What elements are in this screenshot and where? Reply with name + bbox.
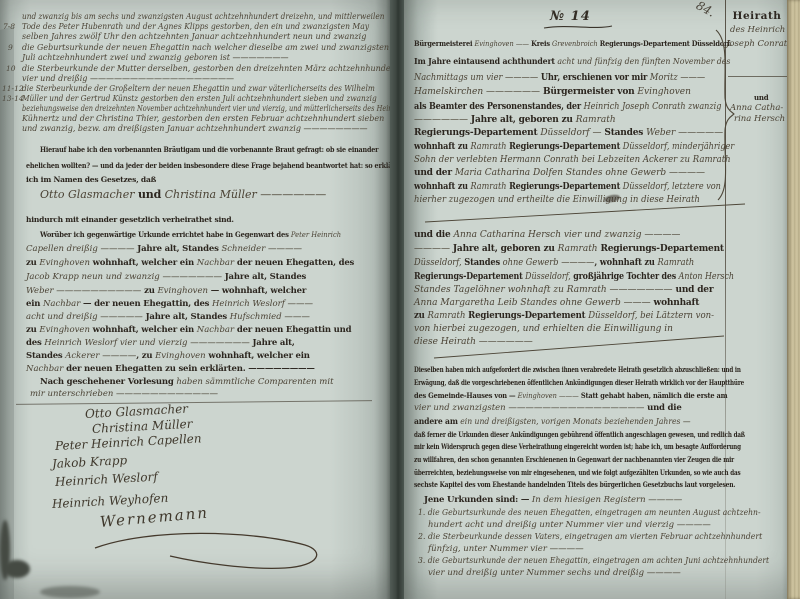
text-segment: ohne Gewerb ————: [503, 258, 595, 268]
text-line: 13-14: [2, 95, 24, 103]
left-edge-shadow: [0, 26, 14, 599]
text-segment: Jahre alt, geboren zu: [468, 115, 576, 125]
text-segment: Christina Müller ——————: [161, 188, 326, 201]
text-segment: hindurch mit einander gesetzlich verheir…: [26, 215, 234, 224]
text-segment: die Geburtsurkunde der neuen Ehegattin n…: [22, 43, 389, 52]
text-line: vier und dreißig ——————————————————: [22, 75, 234, 83]
text-line: Heinrich Weslorf: [55, 471, 158, 488]
text-line: selben Jahres zwölf Uhr den achtzehnten …: [22, 33, 366, 41]
text-segment: Moritz ———: [650, 73, 705, 83]
text-segment: ————: [414, 244, 453, 254]
text-segment: Anton Hersch: [679, 272, 734, 282]
text-line: Joseph Conrath: [726, 40, 793, 49]
text-segment: Düsseldorf,: [525, 272, 573, 282]
text-line: und zwanzig, bezw. am dreißigsten Januar…: [22, 125, 368, 133]
text-segment: rina Hersch: [734, 114, 785, 124]
text-segment: der neuen Ehegatten zu sein erklärten. —…: [63, 364, 314, 374]
text-segment: die Sterbeurkunde der Mutter derselben, …: [22, 64, 390, 73]
text-segment: acht und dreißig —————: [26, 312, 143, 322]
text-segment: Regierungs-Departement Düsseldorf.: [600, 39, 732, 48]
text-line: des Heinrich Weslorf vier und vierzig ——…: [26, 339, 295, 348]
text-segment: Heinrich Weslorf: [55, 470, 158, 489]
text-segment: Jahre alt, geboren zu: [453, 244, 558, 254]
text-segment: fünfzig, unter Nummer vier ————: [428, 544, 584, 554]
text-line: Nachbar der neuen Ehegatten zu sein erkl…: [26, 365, 315, 374]
text-line: Bürgermeisterei Evinghoven —— Kreis Grev…: [414, 40, 732, 48]
text-segment: Evinghoven: [155, 351, 206, 361]
text-segment: sechste Kapitel des vom Ehestande handel…: [414, 480, 735, 489]
text-line: vier und zwanzigsten ———————————————— un…: [414, 404, 682, 413]
text-segment: des: [26, 338, 44, 348]
margin-divider-line: [728, 76, 790, 77]
text-segment: Joseph Conrath: [726, 39, 793, 49]
text-line: Weber —————————— zu Evinghoven — wohnhaf…: [26, 287, 306, 296]
text-line: die Geburtsurkunde der neuen Ehegattin n…: [22, 44, 389, 52]
text-segment: Worüber ich gegenwärtige Urkunde erricht…: [40, 230, 291, 239]
text-segment: Capellen dreißig ————: [26, 244, 134, 254]
text-line: und zwanzig bis am sechs und zwanzigsten…: [22, 13, 384, 21]
text-segment: Jakob Krapp: [52, 453, 128, 471]
text-segment: Erwägung, daß die vorgeschriebenen öffen…: [414, 378, 744, 387]
text-segment: diese Heirath ——————: [414, 337, 533, 347]
text-line: 11-12: [2, 85, 24, 93]
text-segment: und zwanzig, bezw. am dreißigsten Januar…: [22, 124, 368, 133]
text-segment: 1.: [418, 508, 428, 518]
text-segment: Hierauf habe ich den vorbenannten Bräuti…: [40, 145, 378, 154]
text-segment: und der: [673, 285, 714, 295]
text-segment: Jacob Krapp neun und zwanzig ———————: [26, 272, 222, 282]
text-segment: Heinrich Joseph Conrath zwanzig: [584, 102, 722, 112]
corner-stain-3: [40, 586, 100, 598]
text-segment: zu: [414, 311, 427, 321]
text-line: andere am ein und dreißigsten, vorigen M…: [414, 418, 691, 427]
text-line: Standes Tagelöhner wohnhaft zu Ramrath —…: [414, 286, 713, 295]
text-line: 3. die Geburtsurkunde der neuen Ehegatti…: [418, 557, 769, 566]
text-line: wohnhaft zu Ramrath Regierungs-Departeme…: [414, 183, 721, 192]
text-line: diese Heirath ——————: [414, 338, 533, 347]
text-segment: Schneider ————: [221, 244, 302, 254]
text-line: mir unterschrieben ————————————: [30, 390, 218, 399]
text-segment: Im Jahre eintausend achthundert: [414, 57, 557, 67]
text-line: Hierauf habe ich den vorbenannten Bräuti…: [40, 146, 378, 154]
text-segment: Jene Urkunden sind: —: [424, 495, 532, 505]
text-segment: , zu: [136, 351, 155, 361]
text-line: Jakob Krapp: [52, 454, 128, 470]
text-line: Hamelskirchen —————— Bürgermeister von E…: [414, 88, 691, 97]
text-segment: vier und zwanzigsten ————————————————: [414, 403, 644, 413]
text-segment: Maria Catharina Dolfen Standes ohne Gewe…: [455, 168, 705, 178]
text-segment: Evinghoven: [39, 325, 90, 335]
text-segment: zu: [26, 325, 39, 335]
text-segment: Nachbar: [197, 258, 234, 268]
text-line: von hierbei zugezogen, und erhielten die…: [414, 325, 673, 334]
text-segment: Jahre alt, Standes: [143, 312, 230, 322]
text-segment: 9: [8, 43, 13, 52]
text-line: ein Nachbar — der neuen Ehegattin, des H…: [26, 300, 313, 309]
text-segment: Nachbar: [197, 325, 234, 335]
text-segment: , wohnhaft zu: [594, 258, 657, 268]
text-segment: Heinrich Weslorf vier und vierzig ——————…: [44, 338, 249, 348]
text-segment: 10: [6, 64, 16, 73]
text-line: rina Hersch: [734, 115, 785, 124]
text-segment: Hufschmied ———: [230, 312, 310, 322]
text-segment: die Geburtsurkunde des neuen Ehegatten, …: [428, 508, 761, 518]
text-line: hundert acht und dreißig unter Nummer vi…: [428, 521, 711, 530]
text-line: sechste Kapitel des vom Ehestande handel…: [414, 481, 735, 489]
text-line: Anna Margaretha Leib Standes ohne Gewerb…: [414, 299, 699, 308]
text-segment: Düsseldorf —: [540, 128, 601, 138]
text-line: Nachmittags um vier ———— Uhr, erschienen…: [414, 74, 705, 83]
text-segment: wohnhaft, welcher ein: [90, 258, 197, 268]
text-segment: zu: [26, 258, 39, 268]
text-segment: Ackerer ————: [65, 351, 136, 361]
text-segment: wohnhaft, welcher ein: [90, 325, 197, 335]
text-segment: Regierungs-Departement: [600, 244, 723, 254]
text-line: beziehungsweise den dreizehnten November…: [22, 105, 390, 113]
text-line: Müller und der Gertrud Künstz gestorben …: [22, 95, 377, 103]
text-segment: Kühnertz und der Christina Thier, gestor…: [22, 114, 384, 123]
text-segment: als Beamter des Personenstandes, der: [414, 102, 584, 112]
text-segment: haben sämmtliche Comparenten mit: [176, 377, 333, 387]
text-line: Düsseldorf, Standes ohne Gewerb ————, wo…: [414, 259, 694, 268]
text-segment: Düsseldorf,: [414, 258, 464, 268]
text-segment: Ramrath: [558, 244, 601, 254]
record-number: № 14: [550, 9, 591, 24]
text-segment: des Heinrich: [730, 25, 785, 35]
corner-stain-2: [4, 560, 30, 578]
text-segment: Regierungs-Departement: [414, 272, 525, 282]
text-line: Im Jahre eintausend achthundert acht und…: [414, 58, 730, 67]
text-line: zu Evinghoven wohnhaft, welcher ein Nach…: [26, 259, 354, 268]
text-segment: Düsseldorf, letztere von: [623, 182, 721, 192]
text-segment: — der neuen Ehegattin, des: [80, 299, 212, 309]
margin-heading-heirath: Heirath: [726, 10, 788, 22]
text-segment: Bürgermeister von: [540, 87, 637, 97]
right-page: № 14 84. Heirath Bürgermeisterei Evingho…: [404, 0, 800, 599]
text-segment: der neuen Ehegattin und: [234, 325, 351, 335]
text-segment: Standes: [601, 128, 646, 138]
text-segment: Ramrath: [657, 258, 694, 268]
text-segment: und zwanzig bis am sechs und zwanzigsten…: [22, 12, 384, 21]
text-segment: wohnhaft: [651, 298, 700, 308]
text-segment: Evinghoven: [39, 258, 90, 268]
text-segment: und: [754, 93, 768, 102]
text-segment: Düsseldorf, minderjähriger: [623, 142, 734, 152]
text-segment: Anna Catharina Hersch vier und zwanzig —…: [454, 230, 681, 240]
text-line: Anna Catha-: [730, 104, 783, 113]
text-segment: zu: [141, 286, 157, 296]
text-line: Erwägung, daß die vorgeschriebenen öffen…: [414, 379, 744, 387]
text-segment: Hamelskirchen ——————: [414, 87, 540, 97]
text-segment: Nachmittags um vier ————: [414, 73, 538, 83]
text-segment: Anna Catha-: [730, 103, 783, 113]
text-segment: Jahre alt,: [250, 338, 295, 348]
text-segment: Evinghoven: [157, 286, 208, 296]
text-segment: wohnhaft zu: [414, 182, 470, 192]
text-segment: Jahre alt, Standes: [222, 272, 306, 282]
text-segment: der neuen Ehegatten, des: [234, 258, 354, 268]
blank-filler-stroke-1: [425, 204, 745, 222]
text-segment: Evinghoven ——: [474, 39, 529, 48]
text-segment: Anna Margaretha Leib Standes ohne Gewerb…: [414, 298, 651, 308]
text-segment: Jahre alt, Standes: [134, 244, 221, 254]
text-segment: Uhr, erschienen vor mir: [538, 73, 650, 83]
text-line: mir kein Widerspruch gegen diese Verheir…: [414, 443, 741, 451]
text-segment: Tode des Peter Hubenrath und der Agnes K…: [22, 22, 369, 31]
text-line: zu willfahren, den schon genannten Ersch…: [414, 456, 734, 464]
text-line: und: [754, 94, 768, 102]
text-segment: Nach geschehener Vorlesung: [40, 377, 176, 387]
text-line: Heinrich Weyhofen: [52, 492, 169, 510]
text-segment: Otto Glasmacher: [40, 188, 138, 201]
signature-divider-line: [16, 400, 372, 405]
text-segment: ——————: [414, 115, 468, 125]
text-segment: Evinghoven: [637, 87, 691, 97]
text-segment: die Geburtsurkunde der neuen Ehegattin, …: [428, 556, 769, 566]
text-segment: 2.: [418, 532, 428, 542]
text-segment: vier und dreißig unter Nummer sechs und …: [428, 568, 681, 578]
text-segment: Dieselben haben mich aufgefordert die zw…: [414, 365, 741, 374]
text-segment: Ramrath: [576, 115, 616, 125]
text-segment: und: [138, 188, 161, 201]
text-segment: daß ferner die Urkunden dieser Ankündigu…: [414, 430, 745, 439]
record-number-underline-flourish: [544, 26, 612, 28]
text-line: daß ferner die Urkunden dieser Ankündigu…: [414, 431, 745, 439]
text-line: Jacob Krapp neun und zwanzig ——————— Jah…: [26, 273, 306, 282]
text-line: Nach geschehener Vorlesung haben sämmtli…: [40, 378, 334, 387]
text-line: des Heinrich: [730, 26, 785, 35]
text-line: Standes Ackerer ————, zu Evinghoven wohn…: [26, 352, 310, 361]
text-line: Wernemann: [99, 506, 209, 530]
text-segment: Weber —————: [646, 128, 723, 138]
text-line: Regierungs-Departement Düsseldorf — Stan…: [414, 129, 723, 138]
text-line: Worüber ich gegenwärtige Urkunde erricht…: [40, 231, 341, 239]
text-segment: und der: [414, 168, 455, 178]
text-segment: von hierbei zugezogen, und erhielten die…: [414, 324, 673, 334]
text-line: acht und dreißig ————— Jahre alt, Stande…: [26, 313, 310, 322]
text-segment: Evinghoven ———: [518, 391, 579, 400]
text-segment: 11-12: [2, 84, 24, 93]
text-segment: wohnhaft zu: [414, 142, 470, 152]
text-segment: Ramrath: [470, 182, 506, 192]
text-segment: andere am: [414, 417, 460, 427]
text-line: Juli achtzehnhundert zwei und zwanzig ge…: [22, 54, 289, 62]
text-line: und der Maria Catharina Dolfen Standes o…: [414, 169, 705, 178]
text-line: 1. die Geburtsurkunde des neuen Ehegatte…: [418, 509, 761, 518]
text-segment: ich im Namen des Gesetzes, daß: [26, 175, 156, 184]
text-segment: mir unterschrieben ————————————: [30, 389, 218, 399]
text-line: ———— Jahre alt, geboren zu Ramrath Regie…: [414, 245, 724, 254]
text-segment: ehelichen wollten? — und da jeder der be…: [26, 161, 390, 170]
text-line: und die Anna Catharina Hersch vier und z…: [414, 231, 680, 240]
text-segment: Nachbar: [43, 299, 80, 309]
text-line: wohnhaft zu Ramrath Regierungs-Departeme…: [414, 143, 734, 152]
text-segment: — wohnhaft, welcher: [208, 286, 306, 296]
text-segment: beziehungsweise den dreizehnten November…: [22, 104, 390, 113]
book-spread: 7-891011-1213-14und zwanzig bis am sechs…: [0, 0, 800, 599]
text-line: Regierungs-Departement Düsseldorf, großj…: [414, 273, 734, 282]
text-segment: Nachbar: [26, 364, 63, 374]
text-segment: Peter Heinrich: [291, 230, 341, 239]
text-line: —————— Jahre alt, geboren zu Ramrath: [414, 116, 616, 125]
text-line: Dieselben haben mich aufgefordert die zw…: [414, 366, 741, 374]
text-segment: hundert acht und dreißig unter Nummer vi…: [428, 520, 711, 530]
text-line: 9: [8, 44, 13, 52]
text-line: 2. die Sterbeurkunde dessen Vaters, eing…: [418, 533, 762, 542]
text-segment: Müller und der Gertrud Künstz gestorben …: [22, 94, 377, 103]
text-line: Sohn der verlebten Hermann Conrath bei L…: [414, 156, 731, 165]
text-segment: zu willfahren, den schon genannten Ersch…: [414, 455, 734, 464]
text-segment: Regierungs-Departement: [468, 311, 588, 321]
text-line: ehelichen wollten? — und da jeder der be…: [26, 162, 390, 170]
text-segment: und die: [644, 403, 681, 413]
text-line: als Beamter des Personenstandes, der Hei…: [414, 103, 721, 112]
text-line: hindurch mit einander gesetzlich verheir…: [26, 216, 234, 224]
text-line: die Sterbeurkunde der Mutter derselben, …: [22, 65, 390, 73]
text-segment: und die: [414, 230, 454, 240]
text-line: Capellen dreißig ———— Jahre alt, Standes…: [26, 245, 302, 254]
text-segment: Düsseldorf, bei Lätztern von-: [588, 311, 714, 321]
text-segment: Sohn der verlebten Hermann Conrath bei L…: [414, 155, 731, 165]
text-line: des Gemeinde-Hauses von — Evinghoven ———…: [414, 392, 727, 400]
signature-flourish: [95, 533, 317, 568]
text-segment: die Sterbeurkunde der Großeltern der neu…: [22, 84, 375, 93]
text-line: überreichten, beziehungsweise von mir ei…: [414, 469, 740, 477]
text-segment: Standes: [26, 351, 65, 361]
text-segment: Heinrich Weslorf ———: [212, 299, 313, 309]
text-line: Peter Heinrich Capellen: [55, 432, 202, 452]
text-segment: Ramrath: [470, 142, 506, 152]
text-line: hierher zugezogen und ertheilte die Einw…: [414, 196, 700, 205]
text-segment: Juli achtzehnhundert zwei und zwanzig ge…: [22, 53, 289, 62]
left-page: 7-891011-1213-14und zwanzig bis am sechs…: [0, 0, 390, 599]
text-segment: acht und fünfzig den fünften November de…: [557, 57, 730, 67]
text-segment: des Gemeinde-Hauses von —: [414, 391, 518, 400]
text-segment: überreichten, beziehungsweise von mir ei…: [414, 468, 740, 477]
text-line: 7-8: [3, 23, 15, 31]
page-stack-edge: [787, 0, 800, 599]
text-segment: großjährige Tochter des: [573, 272, 678, 282]
page-folio-number: 84.: [694, 0, 717, 20]
text-segment: selben Jahres zwölf Uhr den achtzehnten …: [22, 32, 366, 41]
text-segment: mir kein Widerspruch gegen diese Verheir…: [414, 442, 741, 451]
text-segment: ein: [26, 299, 43, 309]
text-line: vier und dreißig unter Nummer sechs und …: [428, 569, 681, 578]
text-segment: vier und dreißig ——————————————————: [22, 74, 234, 83]
text-line: 10: [6, 65, 16, 73]
text-line: ich im Namen des Gesetzes, daß: [26, 176, 156, 184]
text-segment: Statt gehabt haben, nämlich die erste am: [579, 391, 728, 400]
text-segment: Regierungs-Departement: [414, 128, 540, 138]
text-segment: 7-8: [3, 22, 15, 31]
text-line: zu Evinghoven wohnhaft, welcher ein Nach…: [26, 326, 351, 335]
text-segment: hierher zugezogen und ertheilte die Einw…: [414, 195, 700, 205]
text-segment: die Sterbeurkunde dessen Vaters, eingetr…: [428, 532, 762, 542]
text-segment: 3.: [418, 556, 428, 566]
text-segment: Peter Heinrich Capellen: [55, 431, 202, 453]
text-line: Jene Urkunden sind: — In dem hiesigen Re…: [424, 496, 682, 505]
text-line: Tode des Peter Hubenrath und der Agnes K…: [22, 23, 369, 31]
text-line: fünfzig, unter Nummer vier ————: [428, 545, 584, 554]
text-line: Otto Glasmacher und Christina Müller ———…: [40, 189, 326, 200]
text-segment: In dem hiesigen Registern ————: [532, 495, 682, 505]
text-segment: Regierungs-Departement: [506, 182, 622, 192]
text-segment: Ramrath: [427, 311, 468, 321]
text-segment: Grevenbroich: [552, 39, 600, 48]
text-segment: ein und dreißigsten, vorigen Monats bezi…: [460, 417, 690, 427]
text-segment: Regierungs-Departement: [506, 142, 622, 152]
text-segment: Standes Tagelöhner wohnhaft zu Ramrath —…: [414, 285, 673, 295]
text-segment: Weber ——————————: [26, 286, 141, 296]
text-line: zu Ramrath Regierungs-Departement Düssel…: [414, 312, 714, 321]
text-line: die Sterbeurkunde der Großeltern der neu…: [22, 85, 375, 93]
text-segment: Standes: [464, 258, 502, 268]
text-line: Kühnertz und der Christina Thier, gestor…: [22, 115, 384, 123]
text-segment: Kreis: [529, 39, 552, 48]
text-segment: 13-14: [2, 94, 24, 103]
text-segment: Bürgermeisterei: [414, 39, 474, 48]
text-segment: wohnhaft, welcher ein: [206, 351, 310, 361]
